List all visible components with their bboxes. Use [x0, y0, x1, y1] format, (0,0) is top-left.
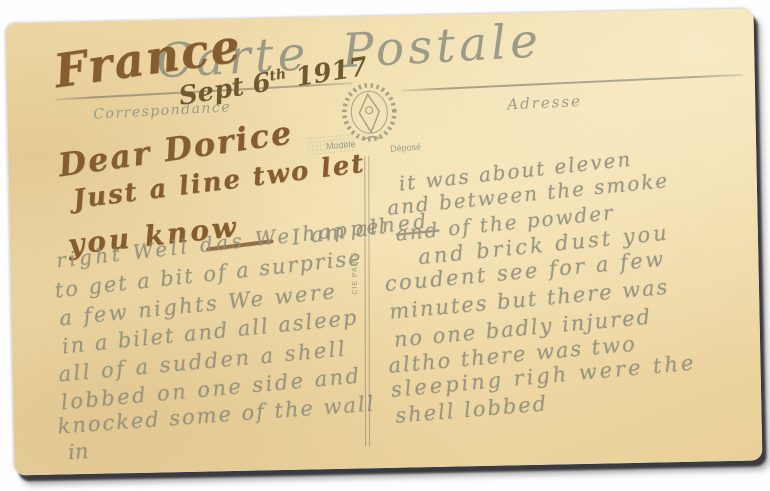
pencil-line: in [67, 439, 89, 464]
trademark-depose-label: Déposé [390, 142, 422, 154]
postcard-scan: Carte Postale Correspondance Adresse Mod… [0, 0, 770, 491]
date-ordinal: th [268, 66, 287, 84]
postcard: Carte Postale Correspondance Adresse Mod… [6, 9, 763, 476]
address-label: Adresse [507, 92, 583, 113]
address-rule [401, 74, 743, 92]
struck-word: and [395, 218, 441, 246]
